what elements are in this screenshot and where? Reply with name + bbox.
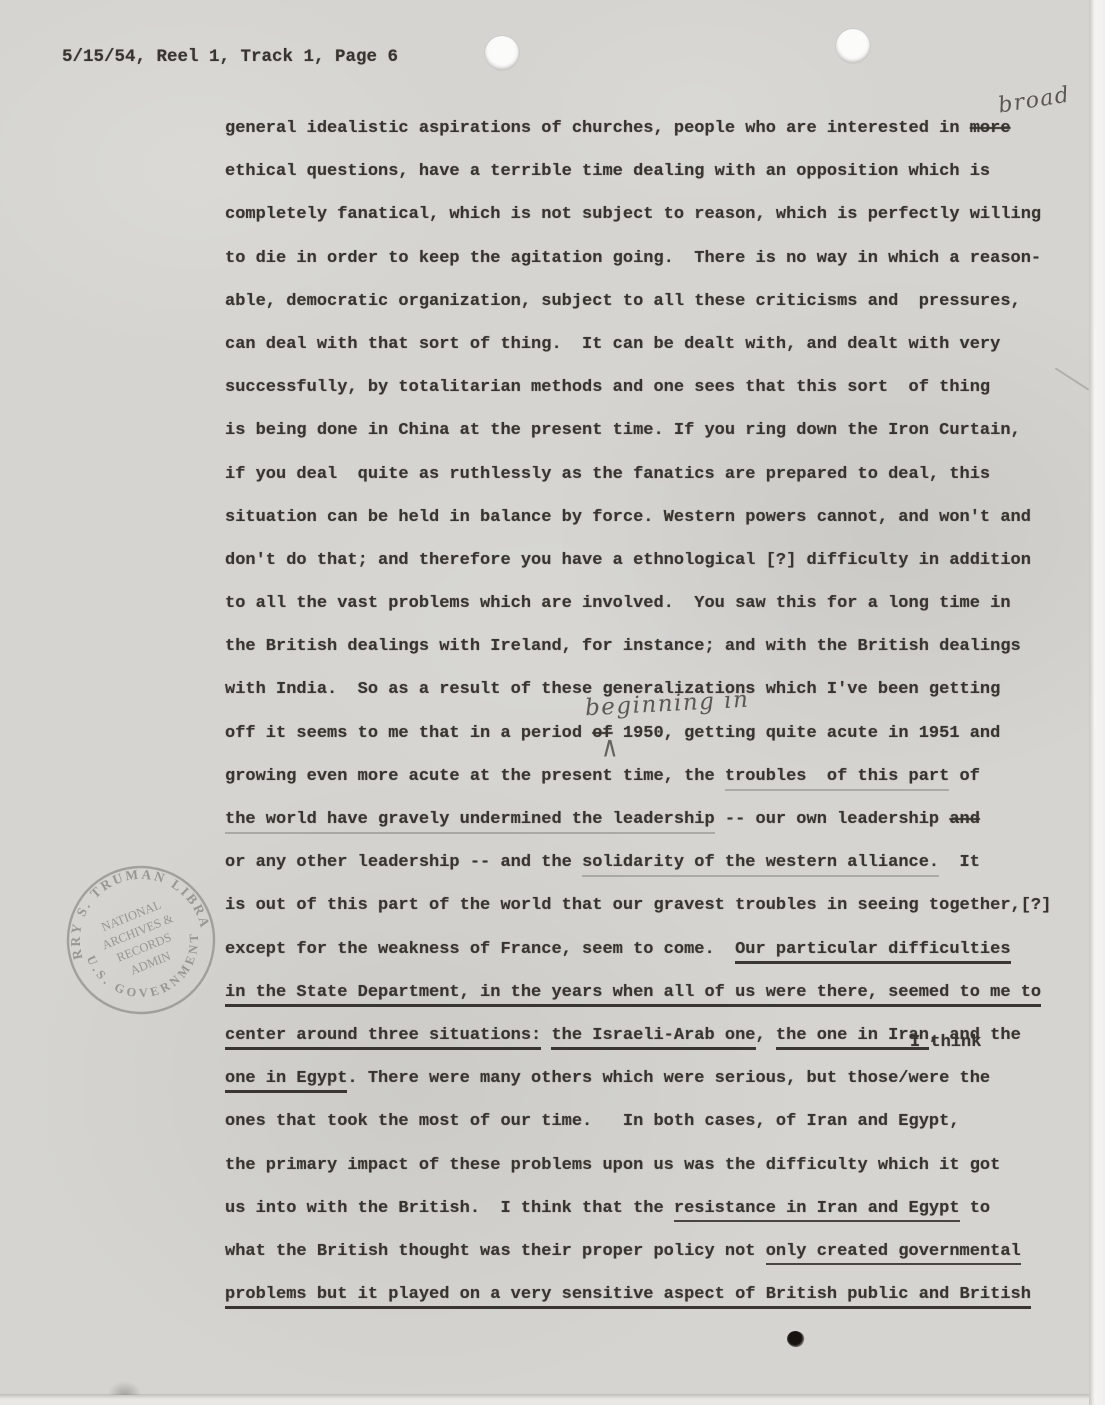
- typed-line: is being done in China at the present ti…: [225, 409, 1085, 452]
- typed-segment: the primary impact of these problems upo…: [225, 1156, 1000, 1175]
- typed-line: to all the vast problems which are invol…: [225, 582, 1085, 625]
- typed-line: us into with the British. I think that t…: [225, 1187, 1085, 1230]
- typed-line: completely fanatical, which is not subje…: [225, 193, 1085, 236]
- typed-segment: us into with the British. I think that t…: [225, 1199, 674, 1218]
- typed-segment-u1: troubles of this part: [725, 767, 949, 791]
- typed-line: can deal with that sort of thing. It can…: [225, 323, 1085, 366]
- typed-segment: [541, 1026, 551, 1045]
- typed-line: off it seems to me that in a period of 1…: [225, 712, 1085, 755]
- typed-segment: the British dealings with Ireland, for i…: [225, 637, 1021, 656]
- typed-segment: completely fanatical, which is not subje…: [225, 205, 1041, 224]
- typed-segment: able, democratic organization, subject t…: [225, 292, 1021, 311]
- typed-line: one in Egypt. There were many others whi…: [225, 1057, 1085, 1100]
- typed-segment-x: more: [970, 119, 1011, 138]
- typed-line: don't do that; and therefore you have a …: [225, 539, 1085, 582]
- typed-segment: to all the vast problems which are invol…: [225, 594, 1011, 613]
- typed-segment: 1950, getting quite acute in 1951 and: [613, 724, 1001, 743]
- typed-segment-u3: in the State Department, in the years wh…: [225, 983, 1041, 1007]
- typed-line: what the British thought was their prope…: [225, 1230, 1085, 1273]
- typed-segment: don't do that; and therefore you have a …: [225, 551, 1031, 570]
- typed-line: ethical questions, have a terrible time …: [225, 150, 1085, 193]
- typed-segment: . There were many others which were seri…: [347, 1069, 990, 1088]
- typed-line: ones that took the most of our time. In …: [225, 1100, 1085, 1143]
- typed-segment: ,: [756, 1026, 776, 1045]
- typed-segment-u3: center around three situations:: [225, 1026, 541, 1050]
- stamp-center-text: NATIONAL ARCHIVES & RECORDS ADMIN: [94, 895, 188, 984]
- typed-segment-x: and: [949, 810, 980, 829]
- typed-segment-u1: the world have gravely undermined the le…: [225, 810, 715, 834]
- typed-line: except for the weakness of France, seem …: [225, 928, 1085, 971]
- typed-segment-u3: one in Egypt: [225, 1069, 347, 1093]
- typed-line: general idealistic aspirations of church…: [225, 107, 1085, 150]
- typed-line: or any other leadership -- and the solid…: [225, 841, 1085, 884]
- document-scan-page: 5/15/54, Reel 1, Track 1, Page 6 general…: [0, 0, 1105, 1405]
- typed-segment: to: [960, 1199, 991, 1218]
- typed-line: in the State Department, in the years wh…: [225, 971, 1085, 1014]
- typed-segment-u3: the one in Iran: [776, 1026, 929, 1050]
- typed-line: problems but it played on a very sensiti…: [225, 1273, 1085, 1316]
- typed-segment: is being done in China at the present ti…: [225, 421, 1021, 440]
- typed-segment-u1: solidarity of the western alliance.: [582, 853, 939, 877]
- typed-segment: can deal with that sort of thing. It can…: [225, 335, 1000, 354]
- typed-segment: situation can be held in balance by forc…: [225, 508, 1031, 527]
- typed-line: growing even more acute at the present t…: [225, 755, 1085, 798]
- typed-segment: if you deal quite as ruthlessly as the f…: [225, 465, 990, 484]
- typed-segment: ones that took the most of our time. In …: [225, 1112, 960, 1131]
- punch-hole-left: [485, 36, 519, 70]
- typed-segment: or any other leadership -- and the: [225, 853, 582, 872]
- typed-segment: It: [939, 853, 980, 872]
- typed-line: the world have gravely undermined the le…: [225, 798, 1085, 841]
- typed-segment: -- our own leadership: [715, 810, 950, 829]
- typed-segment: except for the weakness of France, seem …: [225, 940, 735, 959]
- typed-segment: general idealistic aspirations of church…: [225, 119, 970, 138]
- typed-insertion-i-think: I think: [910, 1033, 981, 1052]
- typed-segment: to die in order to keep the agitation go…: [225, 249, 1041, 268]
- typed-segment-u3: the Israeli-Arab one: [551, 1026, 755, 1050]
- typed-segment: of: [949, 767, 980, 786]
- typed-line: is out of this part of the world that ou…: [225, 884, 1085, 927]
- typed-line: successfully, by totalitarian methods an…: [225, 366, 1085, 409]
- typed-segment: successfully, by totalitarian methods an…: [225, 378, 990, 397]
- typed-line: the British dealings with Ireland, for i…: [225, 625, 1085, 668]
- typed-segment: is out of this part of the world that ou…: [225, 896, 1051, 915]
- punch-hole-right: [836, 29, 870, 63]
- scanner-margin-right: [1089, 0, 1105, 1405]
- typed-line: able, democratic organization, subject t…: [225, 280, 1085, 323]
- typed-segment-u2: resistance in Iran and Egypt: [674, 1199, 960, 1222]
- typed-line: if you deal quite as ruthlessly as the f…: [225, 453, 1085, 496]
- typed-segment-u3: Our particular difficulties: [735, 940, 1010, 964]
- typed-segment: growing even more acute at the present t…: [225, 767, 725, 786]
- typed-line: to die in order to keep the agitation go…: [225, 237, 1085, 280]
- typed-segment-u2: only created governmental: [766, 1242, 1021, 1265]
- insertion-caret-mark: ∧: [601, 730, 620, 764]
- typed-line: the primary impact of these problems upo…: [225, 1144, 1085, 1187]
- typed-segment: off it seems to me that in a period: [225, 724, 592, 743]
- typed-segment: what the British thought was their prope…: [225, 1242, 766, 1261]
- paper-tear-notch: [108, 1381, 142, 1395]
- typed-segment-u3: problems but it played on a very sensiti…: [225, 1285, 1031, 1309]
- typed-segment: ethical questions, have a terrible time …: [225, 162, 990, 181]
- scanner-margin-bottom: [0, 1394, 1089, 1405]
- page-header: 5/15/54, Reel 1, Track 1, Page 6: [62, 47, 398, 67]
- typed-line: situation can be held in balance by forc…: [225, 496, 1085, 539]
